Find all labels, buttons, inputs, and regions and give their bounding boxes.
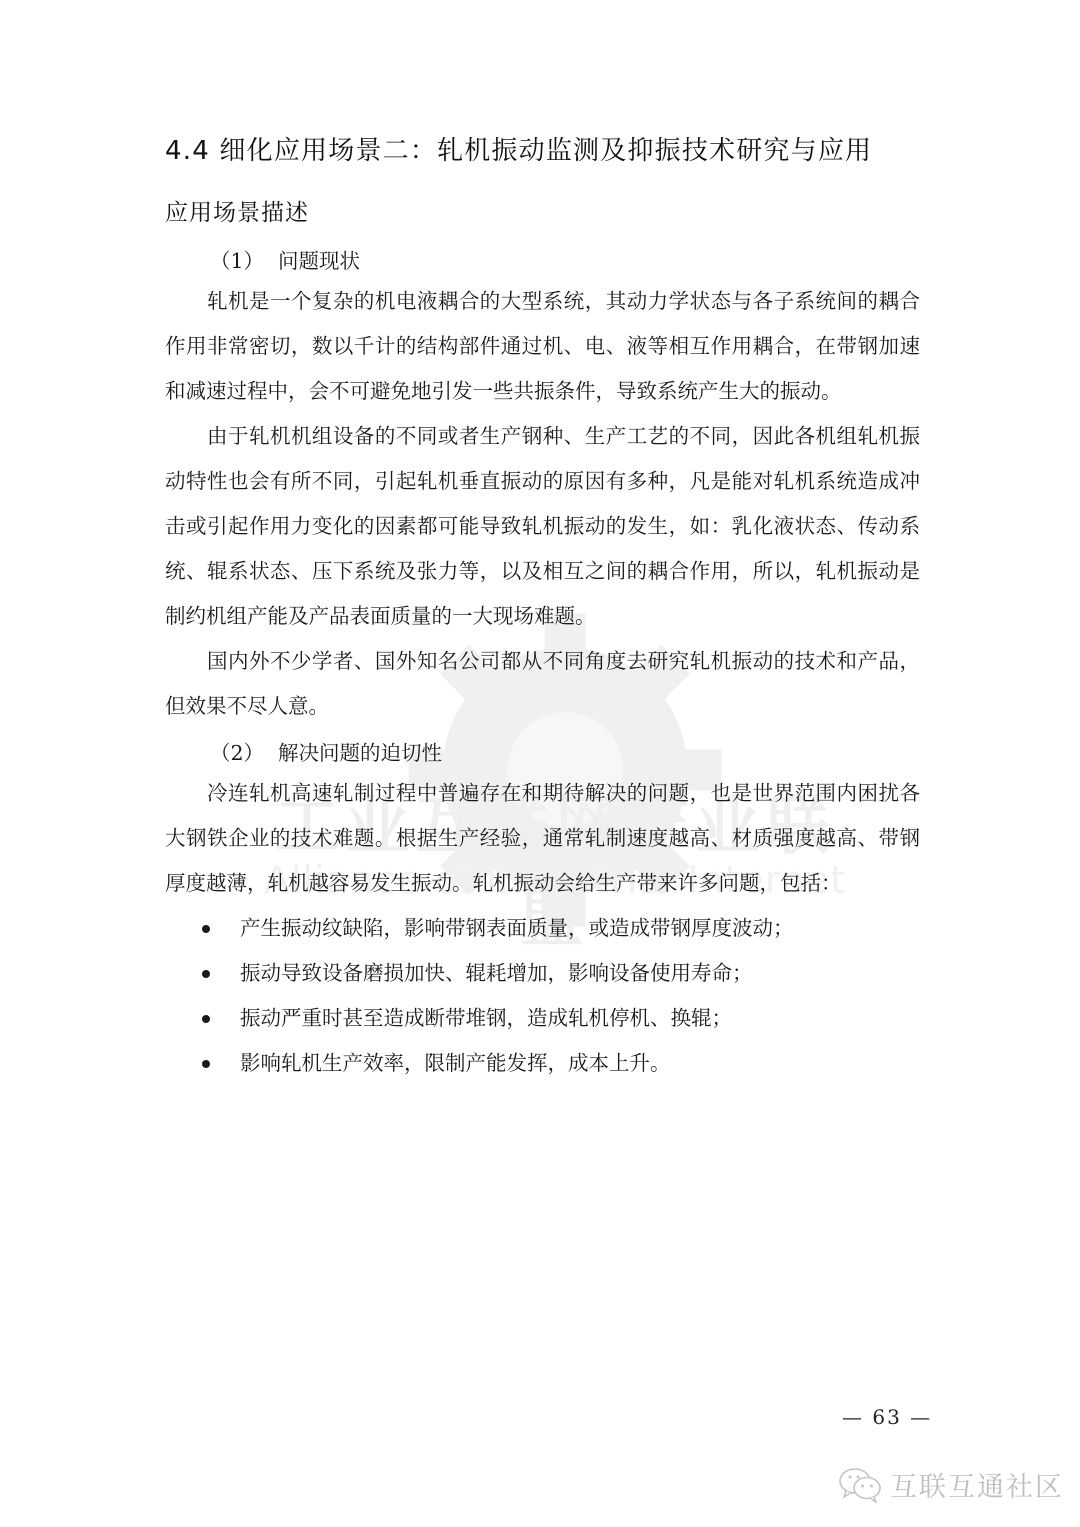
item-heading-2: （2）解决问题的迫切性 <box>210 736 442 766</box>
bullet-list: 产生振动纹缺陷，影响带钢表面质量，或造成带钢厚度波动； 振动导致设备磨损加快、辊… <box>200 906 794 1086</box>
bullet-icon <box>202 1015 210 1023</box>
bullet-text: 影响轧机生产效率，限制产能发挥，成本上升。 <box>240 1051 671 1075</box>
paragraph: 由于轧机机组设备的不同或者生产钢种、生产工艺的不同，因此各机组轧机振动特性也会有… <box>165 414 920 639</box>
bullet-item: 振动导致设备磨损加快、辊耗增加，影响设备使用寿命； <box>200 951 794 996</box>
item-title: 问题现状 <box>278 249 360 273</box>
item-title: 解决问题的迫切性 <box>278 741 442 765</box>
brand-name: 互联互通社区 <box>890 1465 1064 1504</box>
document-page: 4.4 细化应用场景二：轧机振动监测及抑振技术研究与应用 应用场景描述 （1）问… <box>0 0 1080 1527</box>
section-heading: 4.4 细化应用场景二：轧机振动监测及抑振技术研究与应用 <box>165 130 872 167</box>
item-number: （1） <box>210 249 264 273</box>
paragraph: 轧机是一个复杂的机电液耦合的大型系统，其动力学状态与各子系统间的耦合作用非常密切… <box>165 279 920 414</box>
bullet-text: 产生振动纹缺陷，影响带钢表面质量，或造成带钢厚度波动； <box>240 916 794 940</box>
item-number: （2） <box>210 741 264 765</box>
footer-brand: 互联互通社区 <box>838 1465 1064 1504</box>
bullet-item: 影响轧机生产效率，限制产能发挥，成本上升。 <box>200 1041 794 1086</box>
bullet-item: 产生振动纹缺陷，影响带钢表面质量，或造成带钢厚度波动； <box>200 906 794 951</box>
wechat-icon <box>838 1467 884 1503</box>
bullet-item: 振动严重时甚至造成断带堆钢，造成轧机停机、换辊； <box>200 996 794 1041</box>
paragraph: 国内外不少学者、国外知名公司都从不同角度去研究轧机振动的技术和产品，但效果不尽人… <box>165 639 920 729</box>
bullet-icon <box>202 970 210 978</box>
paragraph: 冷连轧机高速轧制过程中普遍存在和期待解决的问题，也是世界范围内困扰各大钢铁企业的… <box>165 771 920 906</box>
subsection-heading: 应用场景描述 <box>165 194 309 227</box>
item-heading-1: （1）问题现状 <box>210 244 360 274</box>
bullet-icon <box>202 925 210 933</box>
page-number: — 63 — <box>842 1405 932 1429</box>
bullet-text: 振动导致设备磨损加快、辊耗增加，影响设备使用寿命； <box>240 961 753 985</box>
bullet-icon <box>202 1060 210 1068</box>
bullet-text: 振动严重时甚至造成断带堆钢，造成轧机停机、换辊； <box>240 1006 732 1030</box>
